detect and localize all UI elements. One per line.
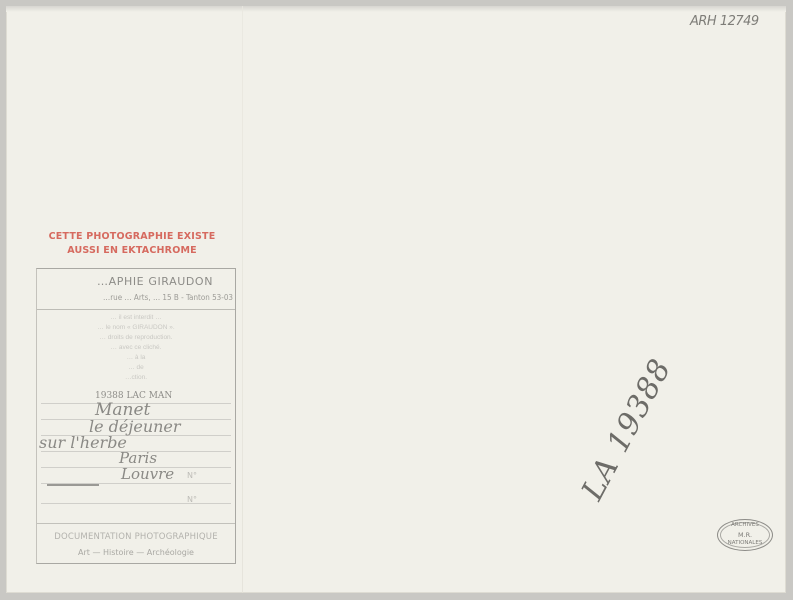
- rules-line: … de: [41, 363, 231, 373]
- rules-line: … avec ce cliché.: [41, 343, 231, 353]
- footer-documentation: DOCUMENTATION PHOTOGRAPHIQUE: [37, 532, 235, 542]
- rules-line: …ction.: [41, 373, 231, 383]
- photo-verso-paper: ARH 12749 CETTE PHOTOGRAPHIE EXISTE AUSS…: [6, 6, 786, 593]
- giraudon-stamp-box: …APHIE GIRAUDON …rue … Arts, … 15 B - Ta…: [36, 268, 236, 564]
- rules-line: … il est interdit …: [41, 313, 231, 323]
- rules-line: … droits de reproduction.: [41, 333, 231, 343]
- footer-disciplines: Art — Histoire — Archéologie: [37, 548, 235, 557]
- giraudon-stamp-footer: DOCUMENTATION PHOTOGRAPHIQUE Art — Histo…: [37, 523, 235, 564]
- reproduction-rules: … il est interdit … … le nom « GIRAUDON …: [41, 313, 231, 383]
- giraudon-address: …rue … Arts, … 15 B - Tanton 53-03: [41, 293, 233, 302]
- number-label-1: N°: [187, 471, 197, 480]
- archives-nationales-seal: ARCHIVES M.R. NATIONALES: [717, 519, 773, 551]
- ektachrome-stamp-line2: AUSSI EN EKTACHROME: [42, 244, 222, 258]
- fold-line: [242, 6, 243, 593]
- seal-top-text: ARCHIVES: [718, 522, 772, 528]
- giraudon-title: …APHIE GIRAUDON: [97, 275, 213, 288]
- handwritten-museum: Louvre: [121, 465, 174, 483]
- inventory-number: LA 19388: [575, 353, 678, 506]
- ektachrome-stamp-line1: CETTE PHOTOGRAPHIE EXISTE: [42, 230, 222, 244]
- field-line: [41, 503, 231, 504]
- ektachrome-stamp: CETTE PHOTOGRAPHIE EXISTE AUSSI EN EKTAC…: [42, 230, 222, 258]
- rules-line: … à la: [41, 353, 231, 363]
- top-edge-shadow: [6, 6, 786, 12]
- handwritten-dash: [47, 484, 99, 486]
- handwritten-title-line2: sur l'herbe: [39, 433, 127, 452]
- archive-reference: ARH 12749: [690, 14, 759, 29]
- giraudon-stamp-header: …APHIE GIRAUDON …rue … Arts, … 15 B - Ta…: [37, 269, 235, 310]
- seal-bottom-text: NATIONALES: [718, 540, 772, 546]
- seal-middle-text: M.R.: [718, 531, 772, 539]
- number-label-2: N°: [187, 495, 197, 504]
- rules-line: … le nom « GIRAUDON ».: [41, 323, 231, 333]
